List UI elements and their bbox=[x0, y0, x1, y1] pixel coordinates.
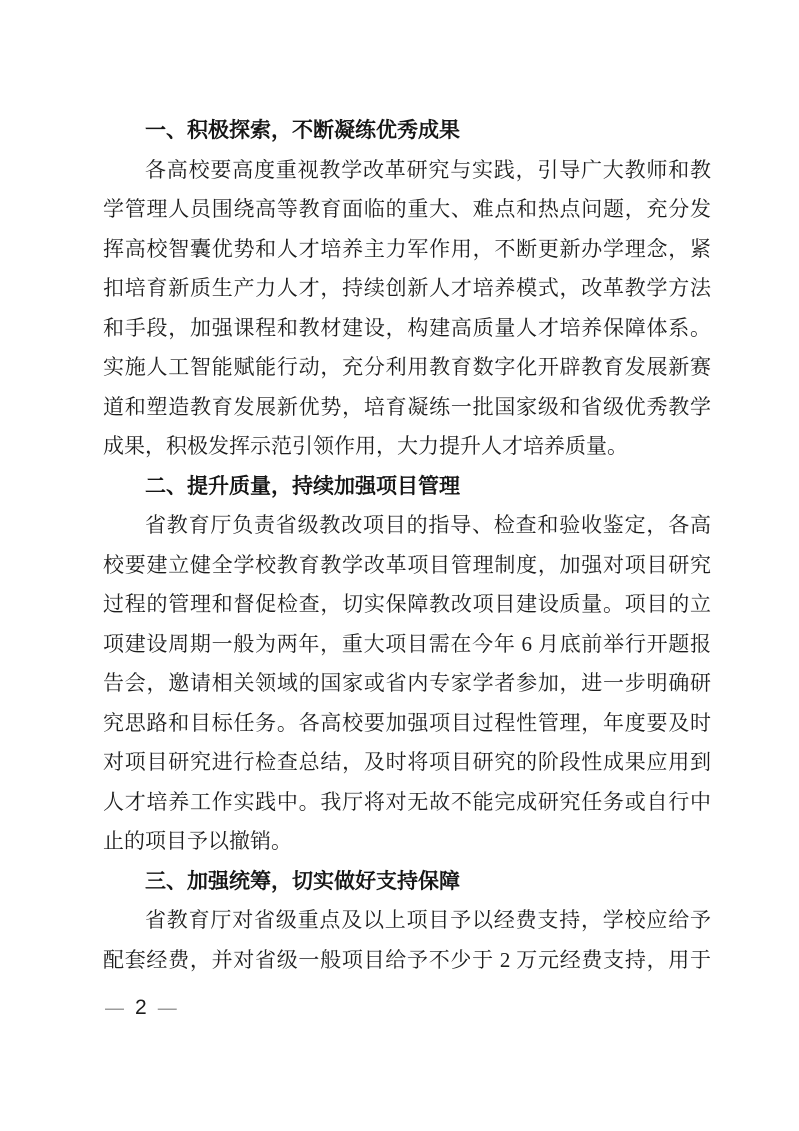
section-1-heading: 一、积极探索，不断凝练优秀成果 bbox=[103, 111, 711, 151]
text-line: 校要建立健全学校教育教学改革项目管理制度，加强对项目研究 bbox=[103, 546, 711, 586]
text-line: 告会，邀请相关领域的国家或省内专家学者参加，进一步明确研 bbox=[103, 664, 711, 704]
text-line: 各高校要高度重视教学改革研究与实践，引导广大教师和教 bbox=[103, 151, 711, 191]
section-2-heading: 二、提升质量，持续加强项目管理 bbox=[103, 467, 711, 507]
text-line: 止的项目予以撤销。 bbox=[103, 822, 711, 862]
page-number: — 2 — bbox=[104, 996, 178, 1020]
page-number-dash-left: — bbox=[104, 996, 125, 1020]
text-line: 道和塑造教育发展新优势，培育凝练一批国家级和省级优秀教学 bbox=[103, 388, 711, 428]
document-body: 一、积极探索，不断凝练优秀成果 各高校要高度重视教学改革研究与实践，引导广大教师… bbox=[103, 111, 711, 980]
document-page: 一、积极探索，不断凝练优秀成果 各高校要高度重视教学改革研究与实践，引导广大教师… bbox=[0, 0, 799, 1131]
text-line: 扣培育新质生产力人才，持续创新人才培养模式，改革教学方法 bbox=[103, 269, 711, 309]
text-line: 成果，积极发挥示范引领作用，大力提升人才培养质量。 bbox=[103, 427, 711, 467]
text-line: 对项目研究进行检查总结，及时将项目研究的阶段性成果应用到 bbox=[103, 743, 711, 783]
text-line: 和手段，加强课程和教材建设，构建高质量人才培养保障体系。 bbox=[103, 309, 711, 349]
text-line: 省教育厅负责省级教改项目的指导、检查和验收鉴定，各高 bbox=[103, 506, 711, 546]
text-line: 究思路和目标任务。各高校要加强项目过程性管理，年度要及时 bbox=[103, 704, 711, 744]
section-3-heading: 三、加强统筹，切实做好支持保障 bbox=[103, 862, 711, 902]
text-line: 人才培养工作实践中。我厅将对无故不能完成研究任务或自行中 bbox=[103, 783, 711, 823]
text-line: 学管理人员围绕高等教育面临的重大、难点和热点问题，充分发 bbox=[103, 190, 711, 230]
text-line: 配套经费，并对省级一般项目给予不少于 2 万元经费支持，用于 bbox=[103, 941, 711, 981]
text-line: 挥高校智囊优势和人才培养主力军作用，不断更新办学理念，紧 bbox=[103, 230, 711, 270]
page-number-dash-right: — bbox=[157, 996, 178, 1020]
text-line: 实施人工智能赋能行动，充分利用教育数字化开辟教育发展新赛 bbox=[103, 348, 711, 388]
text-line: 项建设周期一般为两年，重大项目需在今年 6 月底前举行开题报 bbox=[103, 625, 711, 665]
text-line: 过程的管理和督促检查，切实保障教改项目建设质量。项目的立 bbox=[103, 585, 711, 625]
page-number-value: 2 bbox=[135, 996, 147, 1020]
text-line: 省教育厅对省级重点及以上项目予以经费支持，学校应给予 bbox=[103, 901, 711, 941]
